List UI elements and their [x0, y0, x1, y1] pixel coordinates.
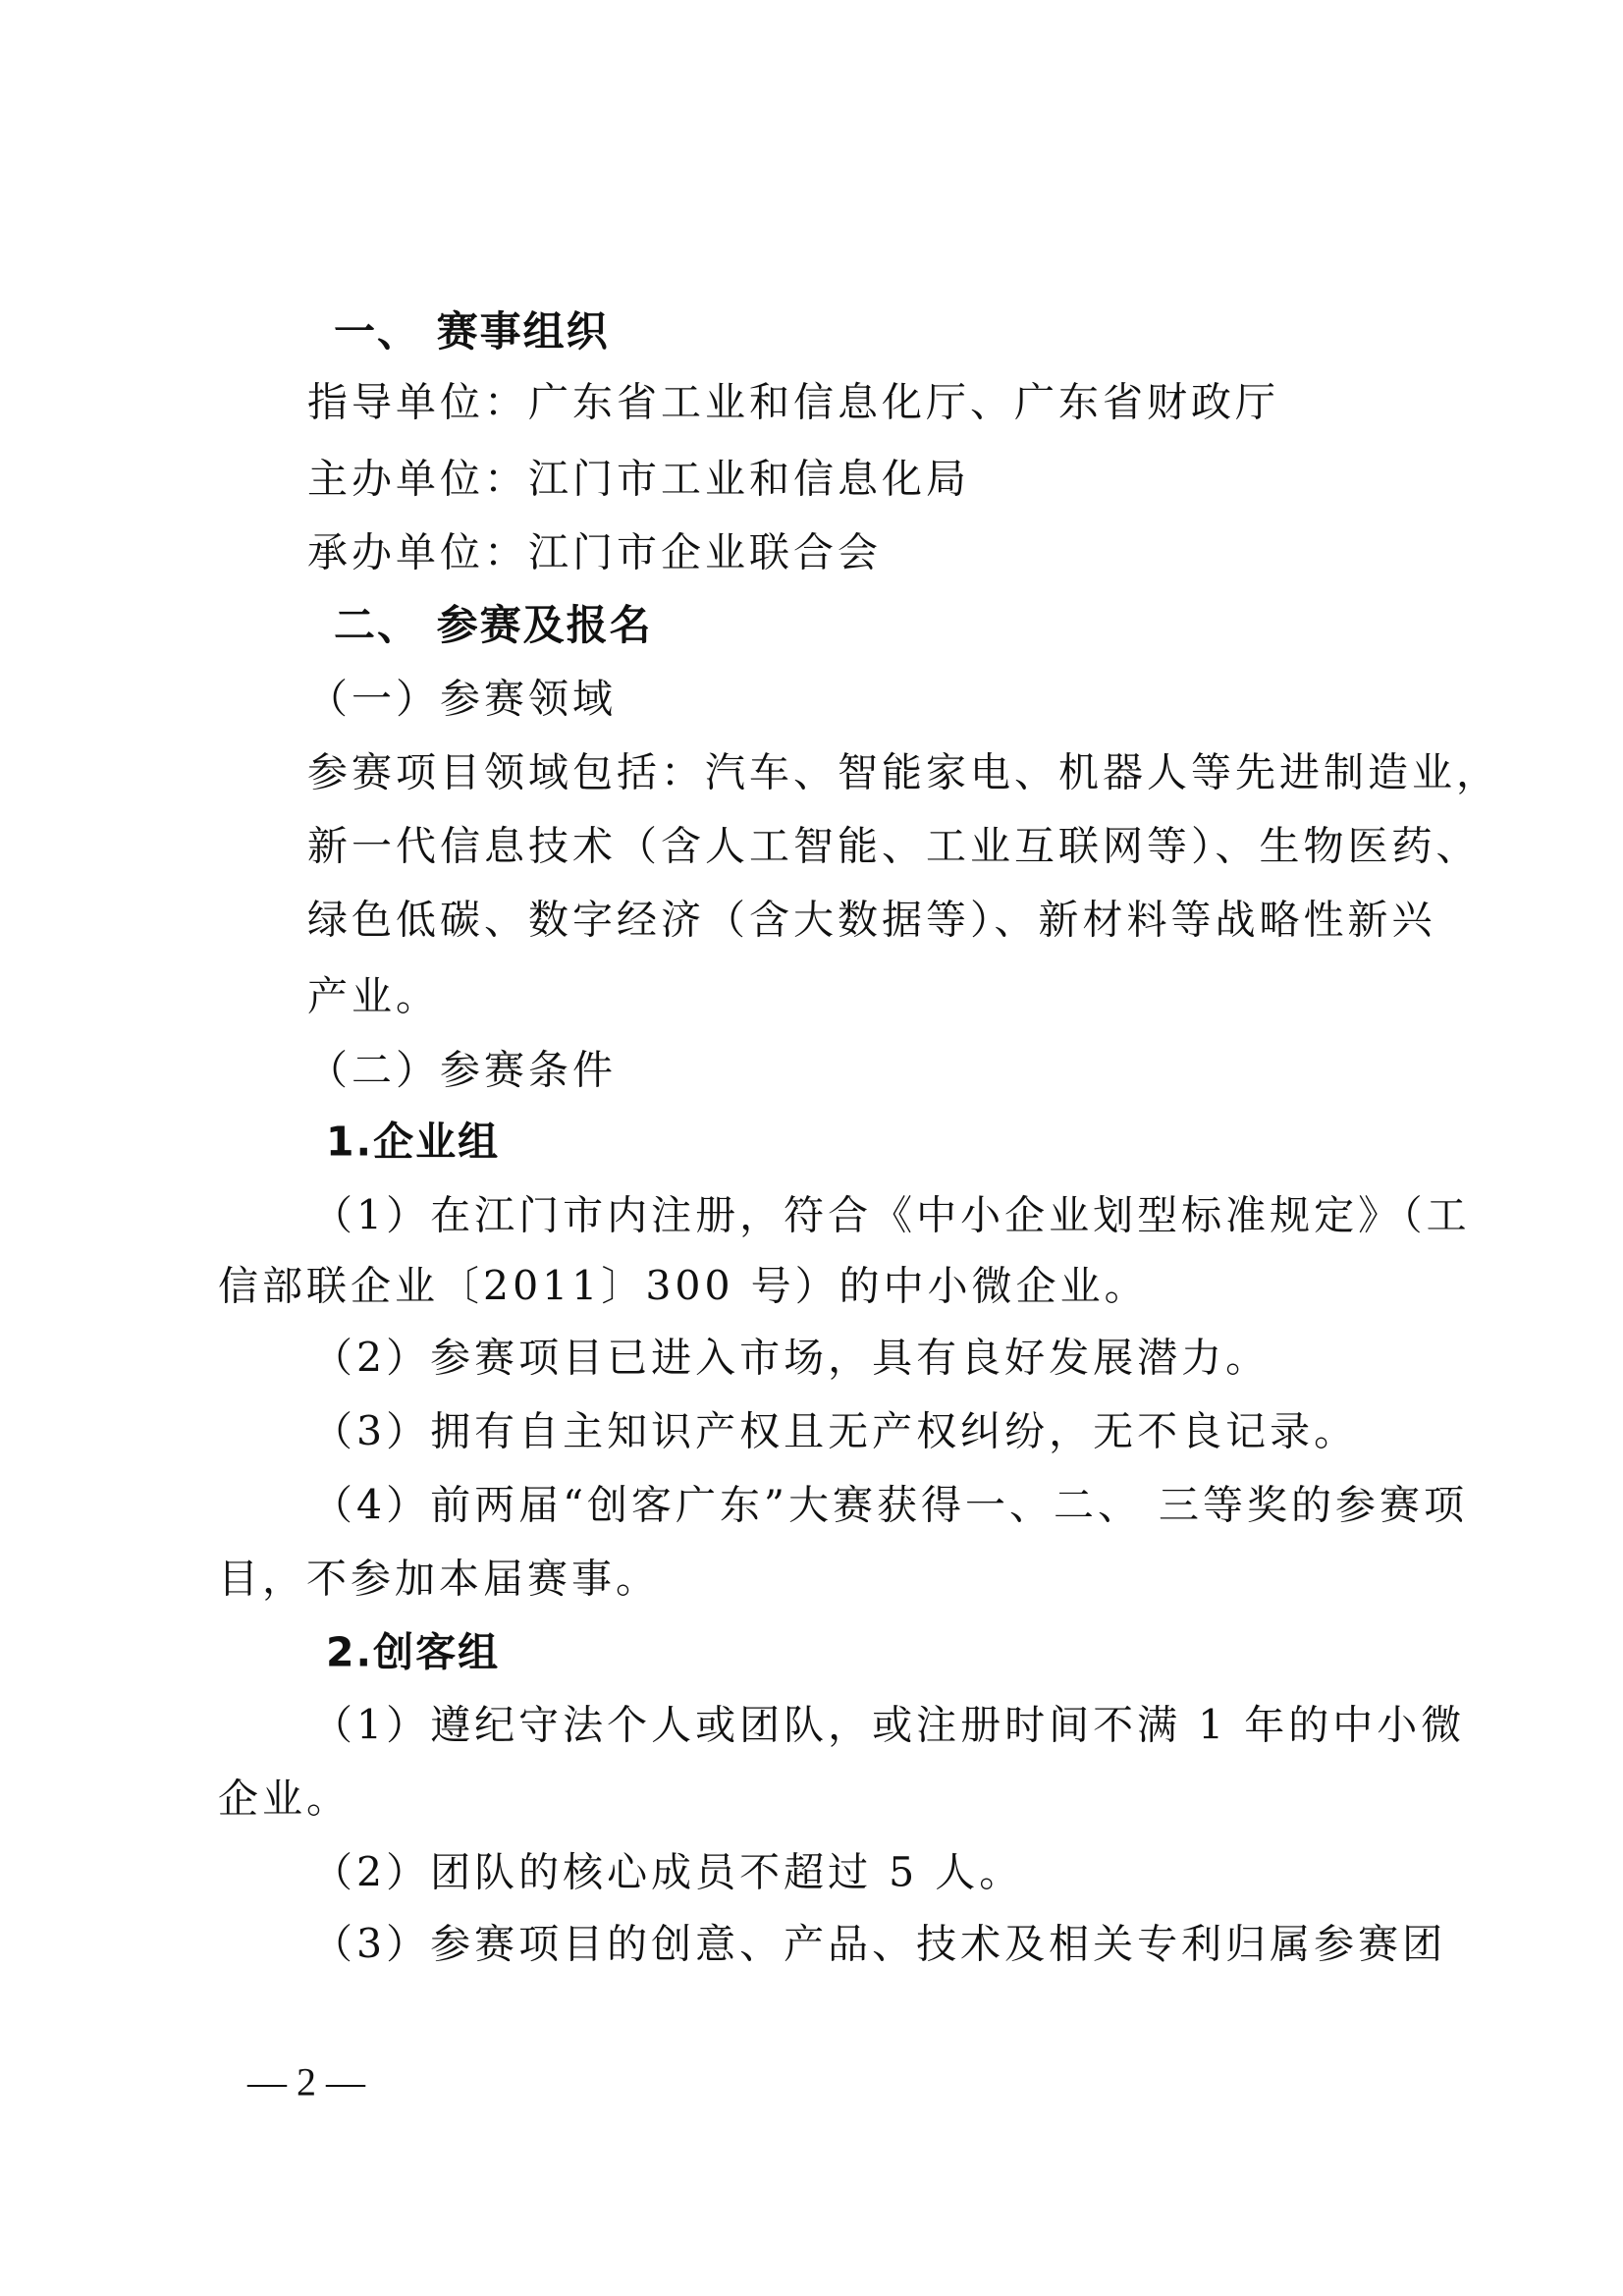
enterprise-condition-3: （3）拥有自主知识产权且无产权纠纷，无不良记录。: [312, 1412, 1358, 1452]
maker-condition-3: （3）参赛项目的创意、产品、技术及相关专利归属参赛团: [312, 1925, 1446, 1965]
enterprise-condition-2: （2）参赛项目已进入市场，具有良好发展潜力。: [312, 1339, 1270, 1379]
maker-condition-1: （1）遵纪守法个人或团队，或注册时间不满 1 年的中小微: [312, 1706, 1465, 1746]
organizer-unit: 承办单位：江门市企业联合会: [307, 533, 882, 574]
paragraph-line: 产业。: [307, 977, 440, 1017]
guiding-unit: 指导单位：广东省工业和信息化厅、广东省财政厅: [307, 383, 1279, 423]
section-heading-2: 二、 参赛及报名: [334, 605, 653, 646]
subsection-title-conditions: （二）参赛条件: [307, 1051, 617, 1091]
maker-condition-1-cont: 企业。: [218, 1779, 351, 1820]
host-unit: 主办单位：江门市工业和信息化局: [307, 460, 970, 500]
enterprise-condition-4: （4）前两届“创客广东”大赛获得一、二、 三等奖的参赛项: [312, 1486, 1468, 1526]
subsection-title-fields: （一）参赛领域: [307, 680, 617, 720]
enterprise-condition-4-cont: 目，不参加本届赛事。: [218, 1559, 660, 1600]
section-heading-1: 一、 赛事组织: [334, 311, 610, 353]
enterprise-condition-1: （1）在江门市内注册，符合《中小企业划型标准规定》（工: [312, 1196, 1471, 1236]
maker-condition-2: （2）团队的核心成员不超过 5 人。: [312, 1853, 1023, 1893]
paragraph-line: 绿色低碳、数字经济（含大数据等）、新材料等战略性新兴: [307, 901, 1436, 941]
enterprise-condition-1-cont: 信部联企业〔2011〕300 号）的中小微企业。: [218, 1267, 1149, 1307]
page-number: — 2 —: [247, 2059, 365, 2105]
group-title-enterprise: 1.企业组: [326, 1122, 500, 1163]
paragraph-line: 参赛项目领域包括：汽车、智能家电、机器人等先进制造业，: [307, 753, 1500, 793]
group-title-maker: 2.创客组: [326, 1633, 500, 1673]
paragraph-line: 新一代信息技术（含人工智能、工业互联网等）、生物医药、: [307, 827, 1481, 867]
